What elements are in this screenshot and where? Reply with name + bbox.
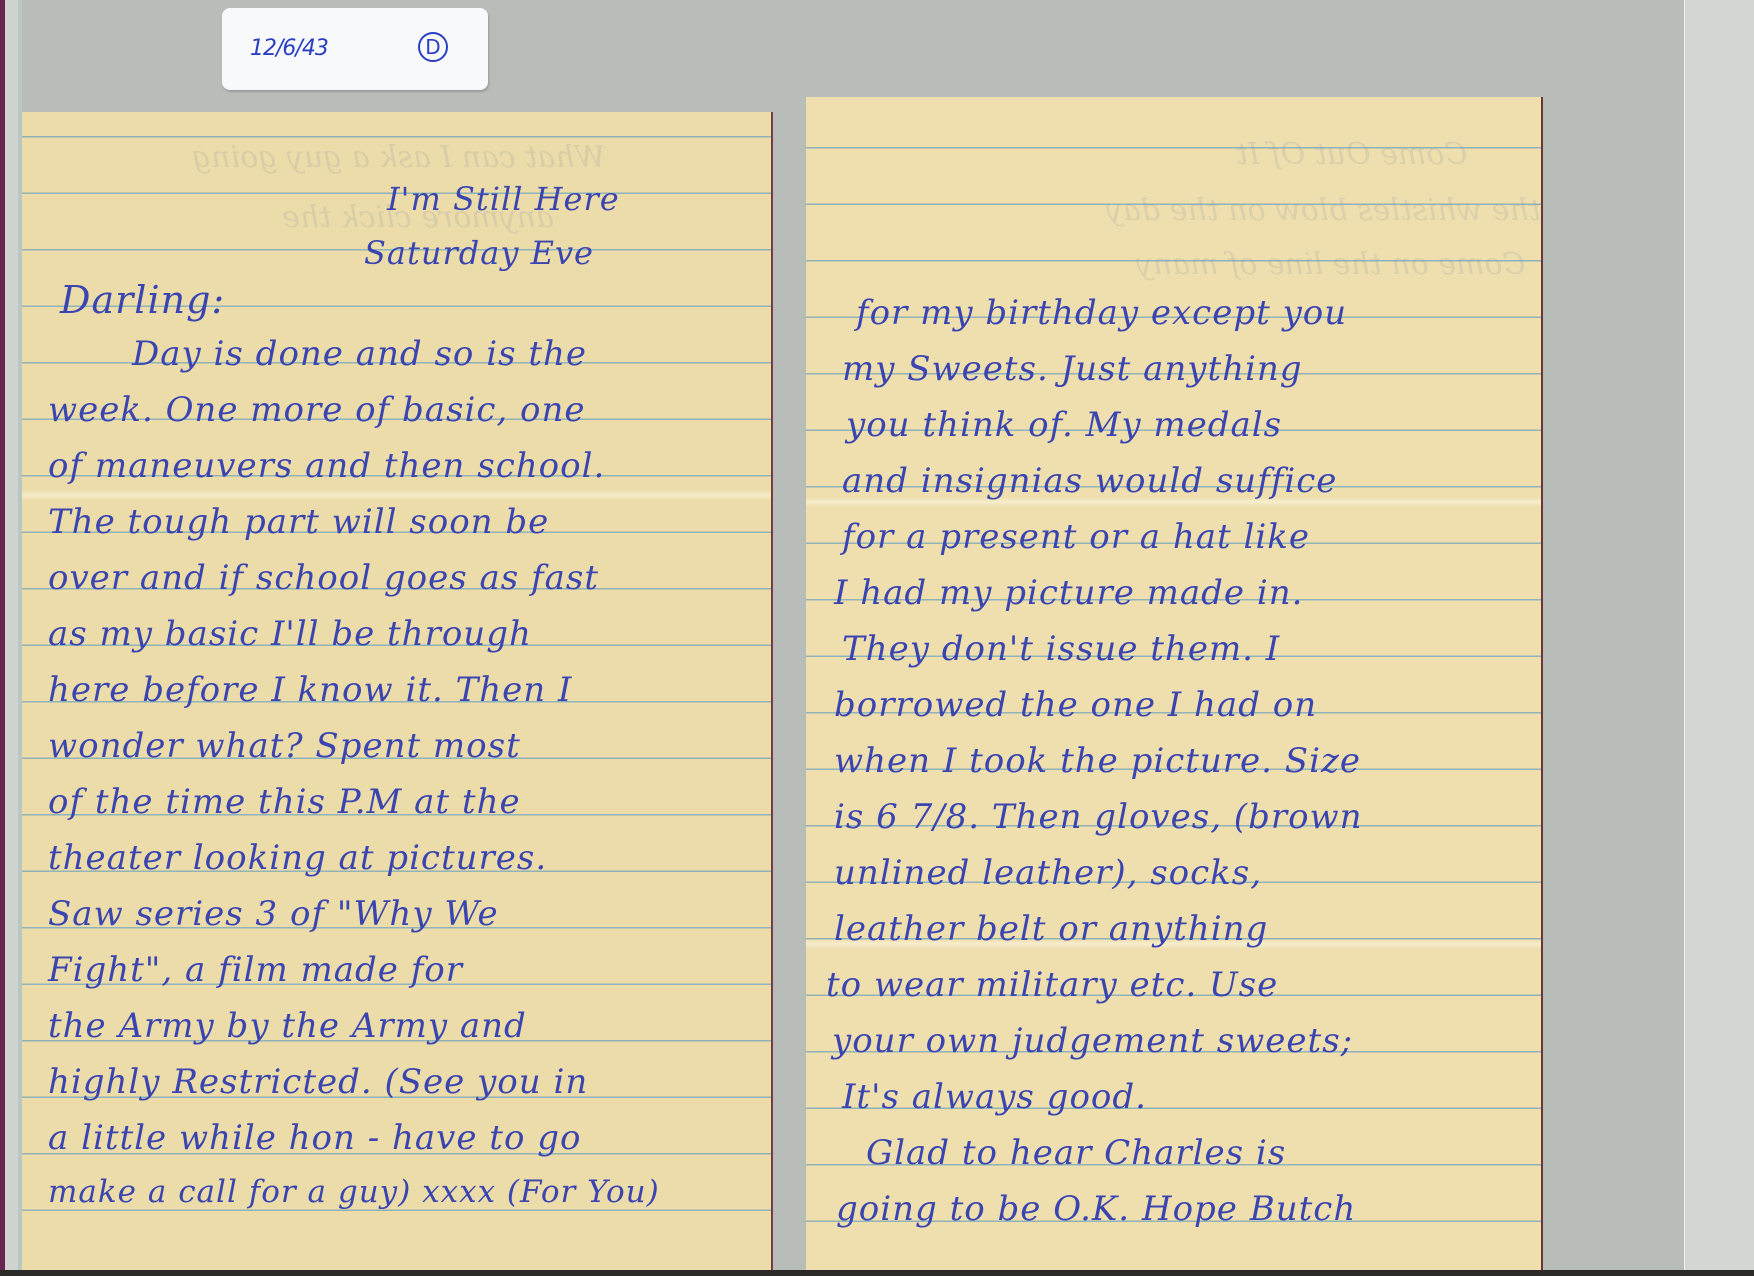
letter-line: of maneuvers and then school. xyxy=(48,446,605,486)
letter-line: for a present or a hat like xyxy=(842,517,1310,557)
letter-line: a little while hon - have to go xyxy=(48,1118,581,1158)
letter-line: as my basic I'll be through xyxy=(48,614,532,654)
bleed-through-text: Come Out Of It xyxy=(1236,137,1467,172)
letter-line: my Sweets. Just anything xyxy=(842,349,1303,389)
bleed-through-text: What can I ask a guy going xyxy=(192,140,605,175)
letter-line: theater looking at pictures. xyxy=(48,838,547,878)
letter-line: the Army by the Army and xyxy=(48,1006,527,1046)
letter-line: leather belt or anything xyxy=(834,909,1268,949)
letter-line: you think of. My medals xyxy=(846,405,1282,445)
letter-line: your own judgement sweets; xyxy=(832,1021,1353,1061)
label-letter-code: D xyxy=(418,32,448,62)
bleed-through-text: Come on the line of many xyxy=(1136,247,1525,282)
letter-line: wonder what? Spent most xyxy=(48,726,521,766)
letter-line: Day is done and so is the xyxy=(132,334,587,374)
letter-line: over and if school goes as fast xyxy=(48,558,599,598)
letter-salutation: Darling: xyxy=(60,278,225,322)
letter-line: They don't issue them. I xyxy=(842,629,1280,669)
letter-line: is 6 7/8. Then gloves, (brown xyxy=(834,797,1363,837)
letter-line: Saw series 3 of "Why We xyxy=(48,894,499,934)
letter-line: when I took the picture. Size xyxy=(834,741,1361,781)
letter-line: week. One more of basic, one xyxy=(48,390,586,430)
letter-heading-line-1: I'm Still Here xyxy=(387,180,620,218)
letter-line: Glad to hear Charles is xyxy=(866,1133,1286,1173)
letter-line: make a call for a guy) xxxx (For You) xyxy=(48,1174,660,1210)
label-date: 12/6/43 xyxy=(250,36,328,61)
scan-edge-strip xyxy=(0,0,22,1276)
letter-page-right: Come Out Of It the whistles blow on the … xyxy=(806,97,1541,1270)
letter-line: going to be O.K. Hope Butch xyxy=(836,1189,1356,1229)
letter-line: to wear military etc. Use xyxy=(826,965,1278,1005)
letter-page-left: What can I ask a guy going anymore click… xyxy=(22,112,771,1276)
letter-line: Fight", a film made for xyxy=(48,950,463,990)
letter-line: for my birthday except you xyxy=(856,293,1347,333)
archive-label-card: 12/6/43 D xyxy=(222,8,488,90)
letter-line: It's always good. xyxy=(842,1077,1147,1117)
letter-line: highly Restricted. (See you in xyxy=(48,1062,588,1102)
letter-line: I had my picture made in. xyxy=(834,573,1303,613)
letter-line: borrowed the one I had on xyxy=(834,685,1317,725)
paper-fold-crease xyxy=(22,490,771,500)
letter-line: and insignias would suffice xyxy=(842,461,1337,501)
scan-bottom-edge xyxy=(0,1270,1754,1276)
bleed-through-text: the whistles blow on the day xyxy=(1106,193,1541,228)
letter-line: unlined leather), socks, xyxy=(834,853,1262,893)
letter-line: The tough part will soon be xyxy=(48,502,549,542)
scanner-background-strip xyxy=(1684,0,1754,1276)
letter-line: of the time this P.M at the xyxy=(48,782,521,822)
letter-line: here before I know it. Then I xyxy=(48,670,572,710)
letter-heading-line-2: Saturday Eve xyxy=(364,234,594,272)
